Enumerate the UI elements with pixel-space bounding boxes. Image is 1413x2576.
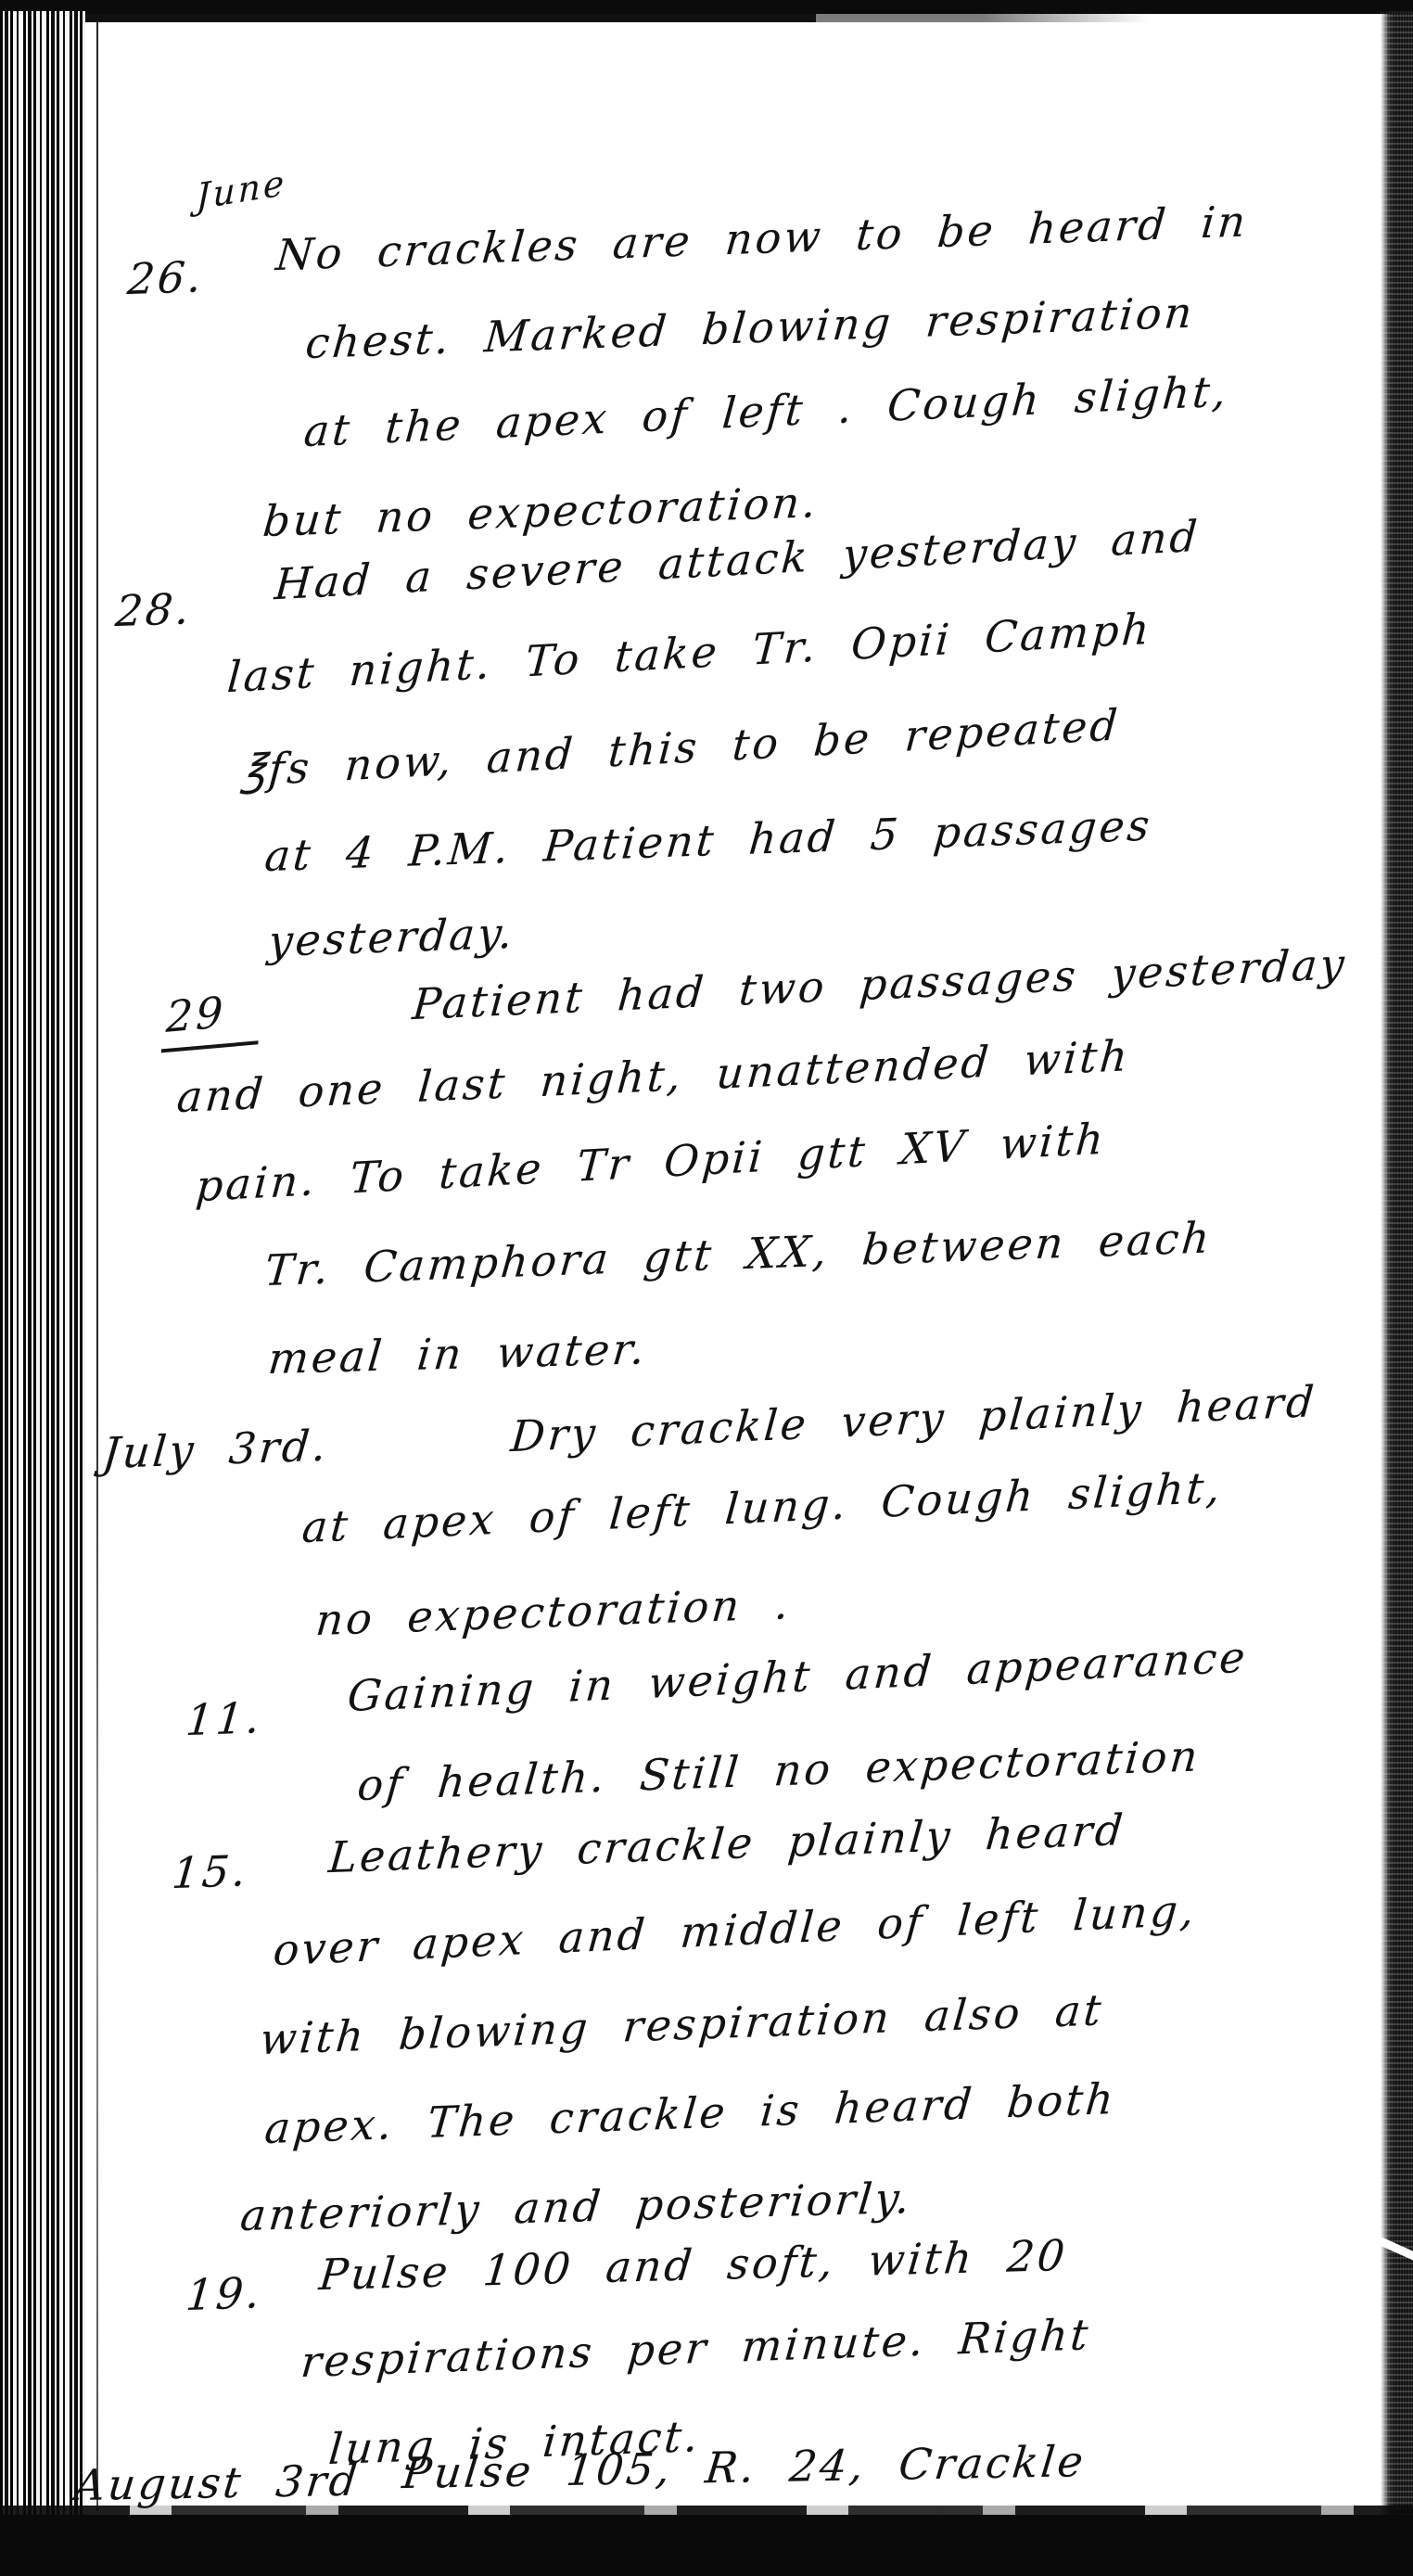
entry-line: Gaining in weight and appearance — [346, 1634, 1250, 1720]
entry-line: respirations per minute. Right — [299, 2311, 1093, 2386]
entry-line: meal in water. — [266, 1325, 649, 1382]
entry-date-label: 15. — [171, 1847, 251, 1897]
entry-line: last night. To take Tr. Opii Camph — [225, 606, 1153, 701]
entry-date-label: 28. — [114, 585, 195, 635]
entry-line: at 4 P.M. Patient had 5 passages — [263, 802, 1154, 880]
entry-line: Dry crackle very plainly heard — [509, 1378, 1318, 1460]
manuscript-page: June 26.No crackles are now to be heard … — [0, 0, 1413, 2576]
entry-line: Tr. Camphora gtt XX, between each — [263, 1214, 1215, 1294]
entry-line: Leathery crackle plainly heard — [327, 1806, 1127, 1881]
entry-line: yesterday. — [267, 910, 517, 965]
entry-date-label: 11. — [185, 1694, 265, 1744]
entry-line: with blowing respiration also at — [259, 1986, 1106, 2063]
entry-line: Pulse 105, R. 24, Crackle — [401, 2438, 1088, 2497]
entry-line: Pulse 100 and soft, with 20 — [317, 2232, 1069, 2299]
entry-line: No crackles are now to be heard in — [274, 198, 1251, 278]
month-header: June — [196, 164, 286, 218]
entry-line: apex. The crackle is heard both — [263, 2075, 1118, 2152]
entry-line: pain. To take Tr Opii gtt XV with — [194, 1116, 1107, 1210]
entry-line: and one last night, unattended with — [175, 1032, 1132, 1121]
entry-line: over apex and middle of left lung, — [272, 1887, 1199, 1974]
entry-line: anteriorly and posteriorly. — [238, 2174, 914, 2239]
entry-line: at the apex of left . Cough slight, — [302, 367, 1230, 454]
entry-line: of health. Still no expectoration — [356, 1732, 1203, 1809]
entry-date-label: 26. — [126, 253, 207, 303]
entry-line: ℥fs now, and this to be repeated — [239, 701, 1121, 795]
entry-line: at apex of left lung. Cough slight, — [300, 1464, 1225, 1551]
entry-line: Patient had two passages yesterday — [411, 940, 1349, 1028]
entry-line: no expectoration . — [314, 1580, 794, 1644]
entry-line: chest. Marked blowing respiration — [304, 289, 1197, 367]
entry-date-label: July 3rd. — [101, 1422, 331, 1476]
entry-date-label: 29 — [161, 986, 260, 1052]
entry-date-label: 19. — [185, 2269, 265, 2319]
entry-date-label: August 3rd — [72, 2457, 363, 2509]
